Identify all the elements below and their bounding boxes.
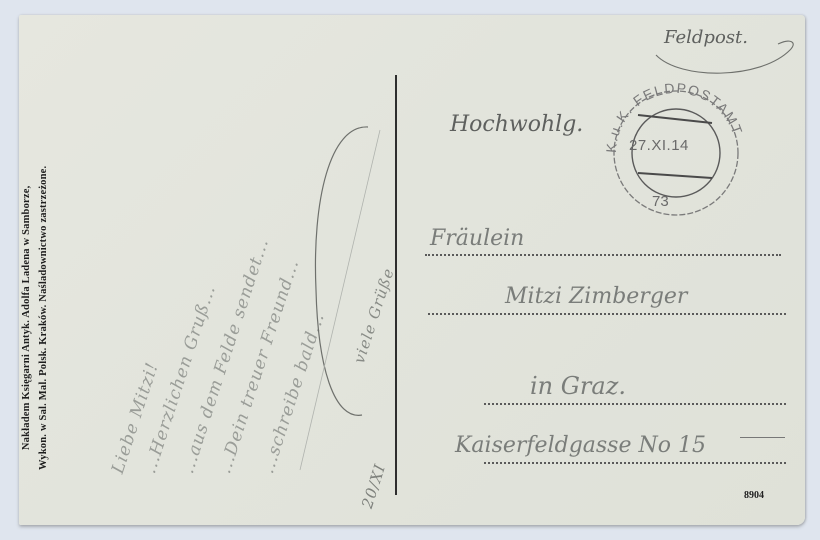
flourish-icon [650, 30, 800, 80]
address-city: in Graz. [530, 372, 626, 400]
postmark-date: 27.XI.14 [629, 137, 689, 154]
underline [740, 437, 785, 438]
center-divider [395, 75, 397, 495]
salutation: Hochwohlg. [450, 112, 583, 137]
address-line-2 [428, 313, 786, 315]
address-line-4 [484, 462, 786, 464]
postmark-office-number: 73 [652, 193, 669, 210]
address-name: Mitzi Zimberger [505, 284, 687, 309]
address-street: Kaiserfeldgasse No 15 [455, 433, 706, 458]
address-line-1 [425, 254, 781, 256]
address-title: Fräulein [430, 226, 524, 251]
address-line-3 [484, 403, 786, 405]
serial-number: 8904 [744, 490, 764, 501]
